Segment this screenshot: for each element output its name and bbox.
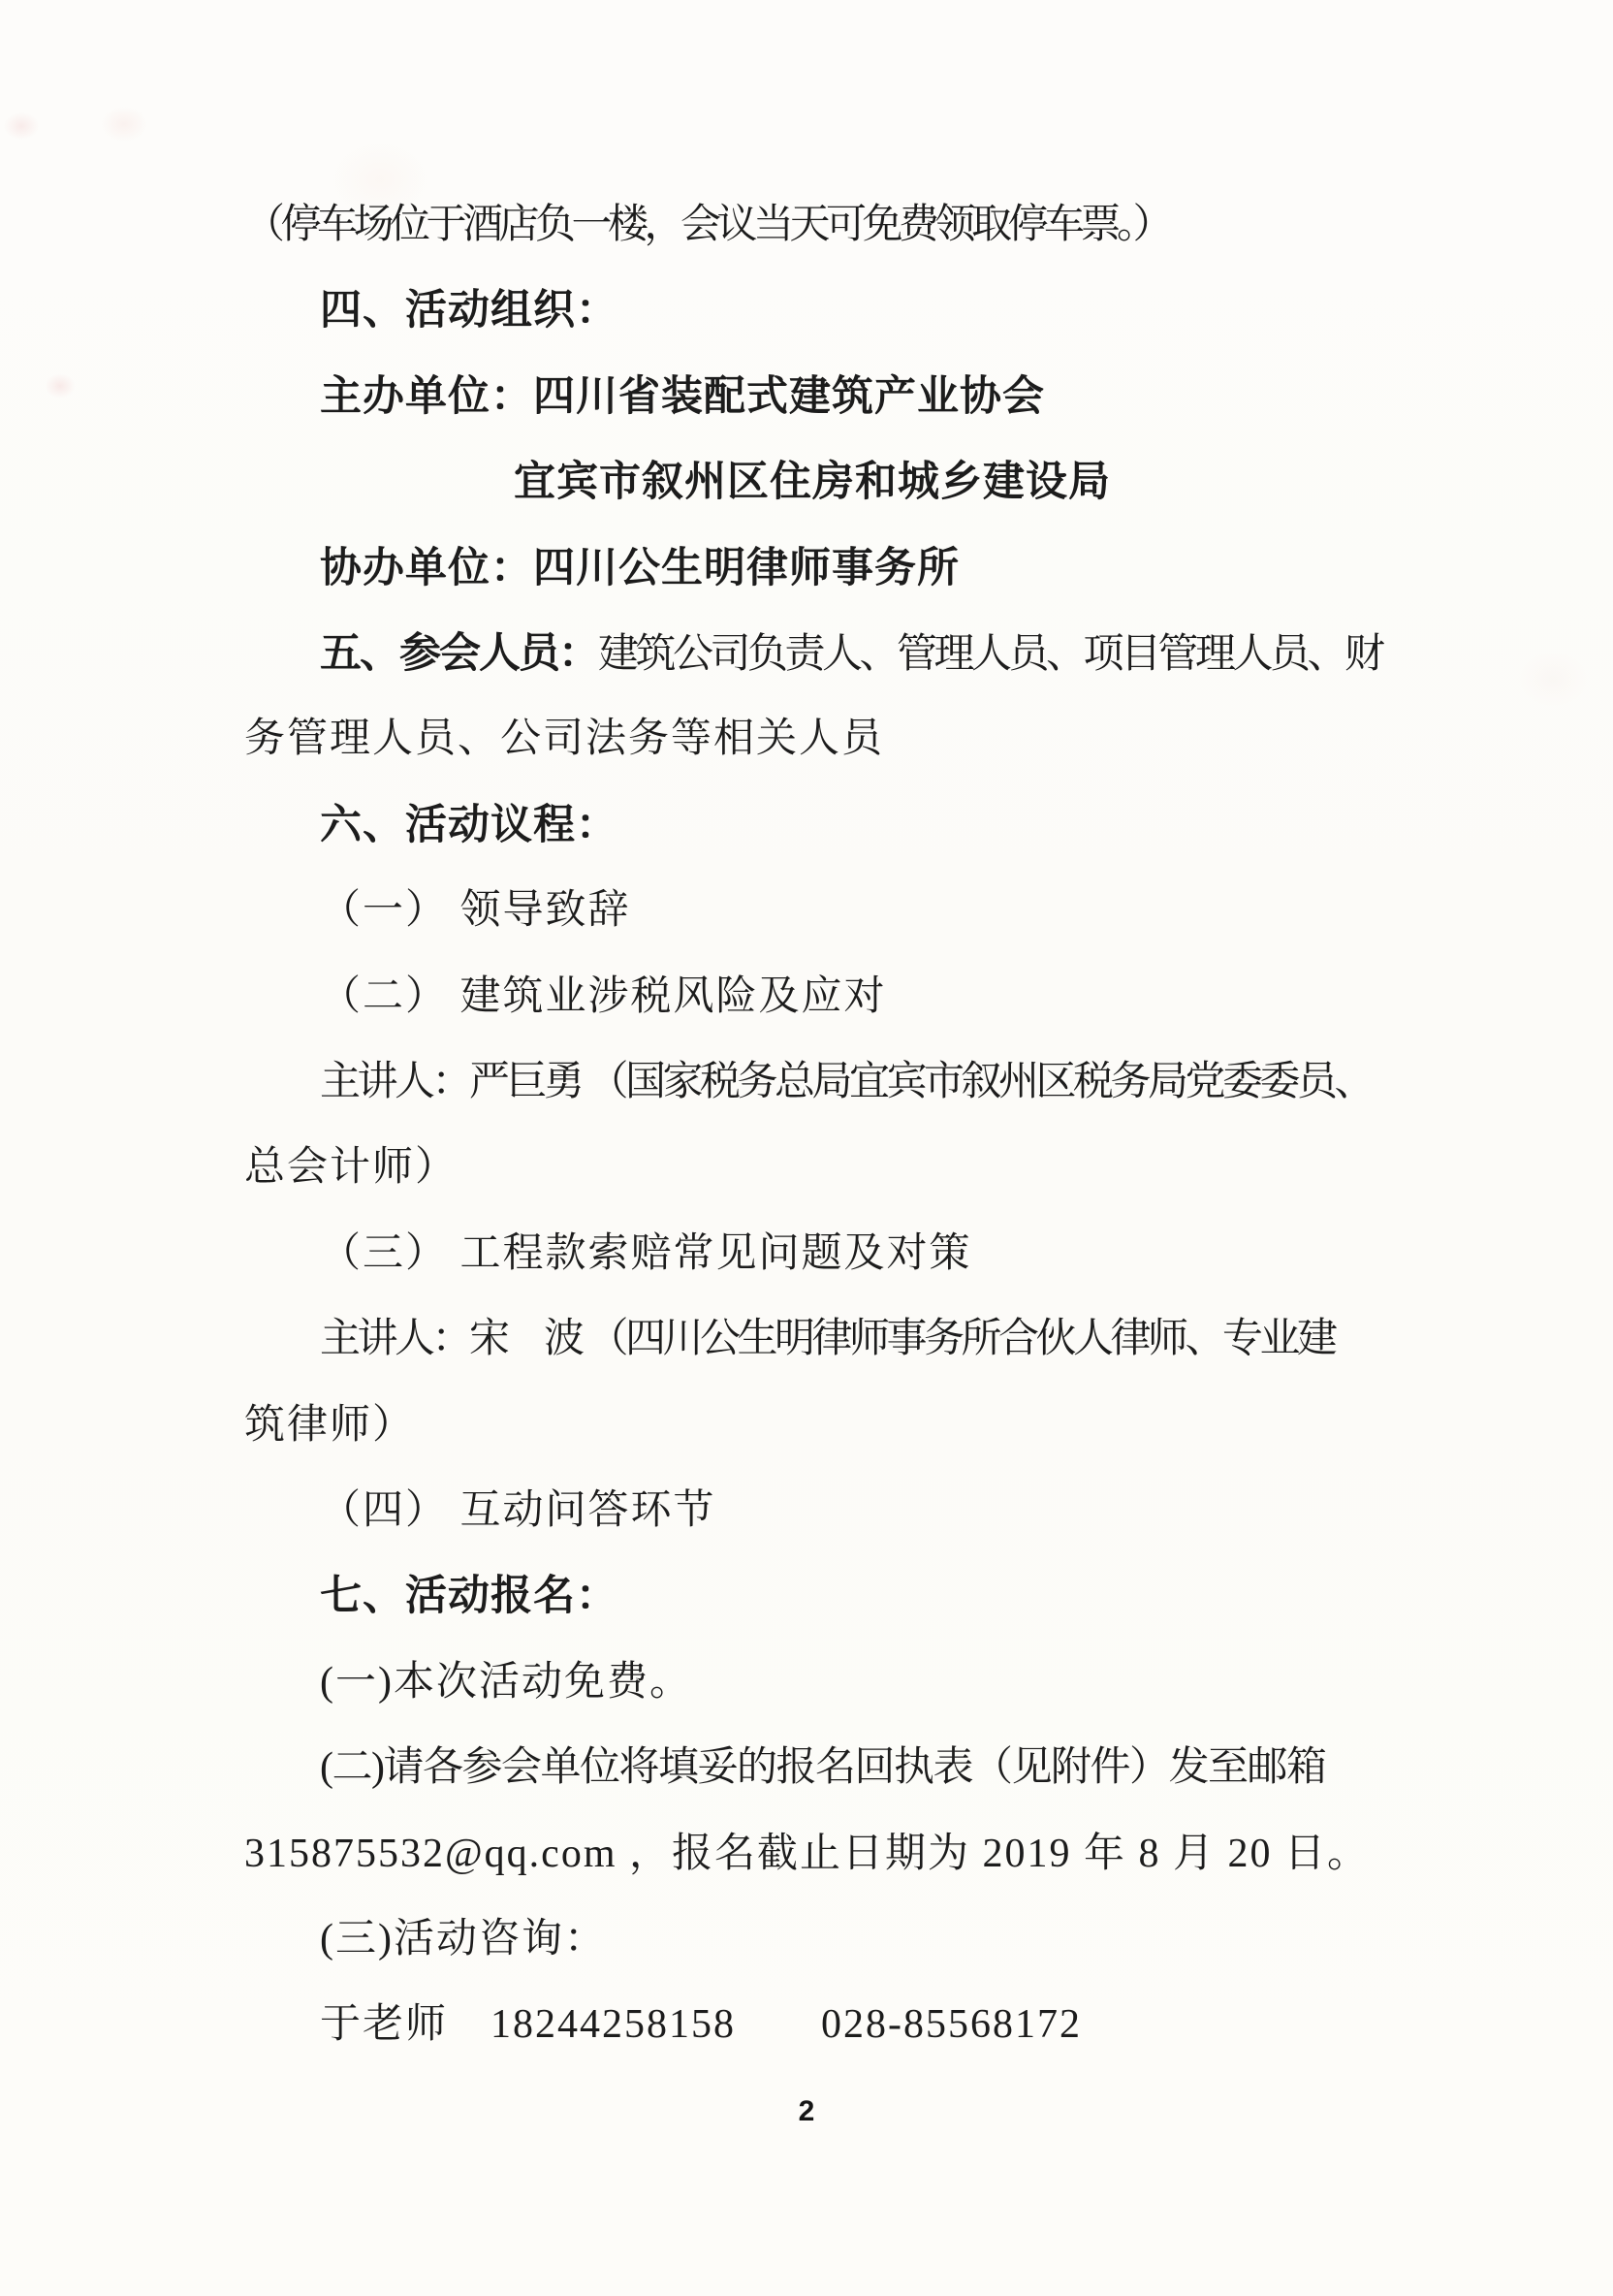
text-segment: 宜宾市叙州区住房和城乡建设局 xyxy=(514,459,1111,505)
document-page: （停车场位于酒店负一楼，会议当天可免费领取停车票。）四、活动组织：主办单位：四川… xyxy=(0,0,1613,2296)
text-line: 315875532@qq.com ，报名截止日期为 2019 年 8 月 20 … xyxy=(244,1824,1370,1884)
text-line: 筑律师） xyxy=(244,1395,415,1455)
text-line: 协办单位：四川公生明律师事务所 xyxy=(320,538,960,598)
text-segment: 协办单位：四川公生明律师事务所 xyxy=(320,545,960,591)
text-line: 主讲人：宋 波 （四川公生明律师事务所合伙人律师、专业建 xyxy=(320,1309,1335,1369)
text-segment: （一） 领导致辞 xyxy=(320,888,631,933)
text-line: 七、活动报名： xyxy=(320,1566,618,1626)
page-number: 2 xyxy=(0,2090,1613,2133)
text-segment: 建筑公司负责人、管理人员、项目管理人员、财 xyxy=(598,632,1382,677)
text-line: （停车场位于酒店负一楼，会议当天可免费领取停车票。） xyxy=(244,195,1169,255)
text-line: （一） 领导致辞 xyxy=(320,880,631,941)
text-line: 四、活动组织： xyxy=(320,280,618,340)
text-line: 务管理人员、公司法务等相关人员 xyxy=(244,709,884,769)
text-segment: (一)本次活动免费。 xyxy=(320,1660,692,1705)
text-line: (三)活动咨询： xyxy=(320,1909,607,1969)
text-segment: 四、活动组织： xyxy=(320,287,618,334)
text-line: 五、参会人员：建筑公司负责人、管理人员、项目管理人员、财 xyxy=(320,623,1382,684)
text-segment: 筑律师） xyxy=(244,1403,415,1448)
text-segment: （三） 工程款索赔常见问题及对策 xyxy=(320,1231,972,1276)
text-segment: (三)活动咨询： xyxy=(320,1917,607,1961)
text-line: (二)请各参会单位将填妥的报名回执表（见附件）发至邮箱 xyxy=(320,1738,1325,1798)
text-segment: 于老师 18244258158 028-85568172 xyxy=(320,2002,1082,2047)
text-line: （四） 互动问答环节 xyxy=(320,1481,716,1541)
text-segment: （二） 建筑业涉税风险及应对 xyxy=(320,974,887,1019)
text-segment: 315875532@qq.com ，报名截止日期为 2019 年 8 月 20 … xyxy=(244,1832,1370,1876)
text-line: (一)本次活动免费。 xyxy=(320,1652,692,1712)
text-line: 主办单位：四川省装配式建筑产业协会 xyxy=(320,367,1045,427)
text-segment: 六、活动议程： xyxy=(320,802,618,848)
text-line: （二） 建筑业涉税风险及应对 xyxy=(320,967,887,1027)
text-line: 主讲人：严巨勇 （国家税务总局宜宾市叙州区税务局党委委员、 xyxy=(320,1052,1372,1112)
text-segment: 务管理人员、公司法务等相关人员 xyxy=(244,717,884,761)
text-segment: (二)请各参会单位将填妥的报名回执表（见附件）发至邮箱 xyxy=(320,1745,1325,1790)
text-segment: （停车场位于酒店负一楼，会议当天可免费领取停车票。） xyxy=(244,203,1169,247)
text-segment: 总会计师） xyxy=(244,1145,458,1190)
text-segment: （四） 互动问答环节 xyxy=(320,1488,716,1533)
text-segment: 主办单位：四川省装配式建筑产业协会 xyxy=(320,373,1045,420)
text-line: 宜宾市叙州区住房和城乡建设局 xyxy=(514,452,1111,512)
text-line: （三） 工程款索赔常见问题及对策 xyxy=(320,1224,972,1284)
text-line: 六、活动议程： xyxy=(320,795,618,855)
text-segment: 五、参会人员： xyxy=(320,630,598,677)
text-line: 总会计师） xyxy=(244,1137,458,1197)
text-line: 于老师 18244258158 028-85568172 xyxy=(320,1994,1082,2055)
text-segment: 主讲人：宋 波 （四川公生明律师事务所合伙人律师、专业建 xyxy=(320,1317,1335,1361)
text-segment: 七、活动报名： xyxy=(320,1573,618,1619)
text-segment: 主讲人：严巨勇 （国家税务总局宜宾市叙州区税务局党委委员、 xyxy=(320,1060,1372,1104)
